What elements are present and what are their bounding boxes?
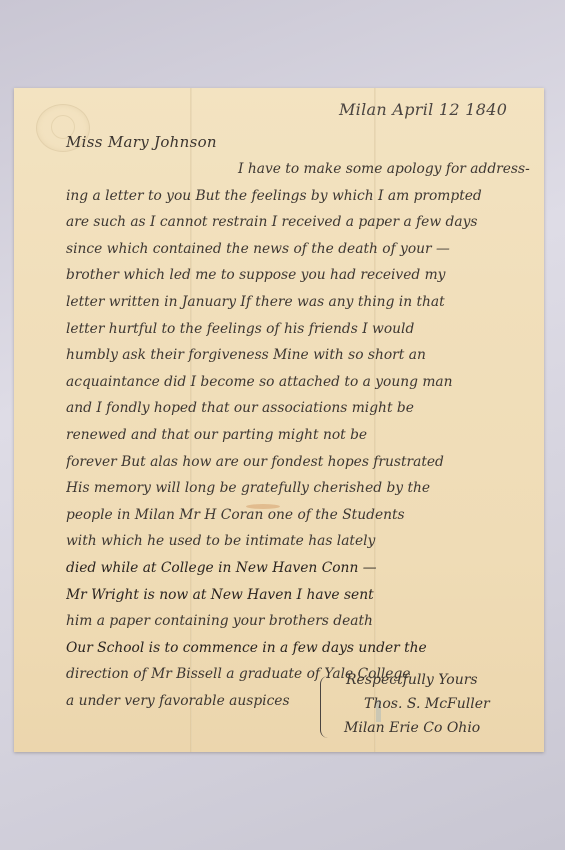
brace-mark-icon (320, 676, 331, 738)
body-line: His memory will long be gratefully cheri… (66, 475, 536, 502)
body-line: with which he used to be intimate has la… (66, 528, 536, 555)
body-line: since which contained the news of the de… (66, 236, 536, 263)
body-line: letter hurtful to the feelings of his fr… (66, 316, 536, 343)
valediction: Respectfully Yours (334, 668, 534, 692)
letter-paper: Milan April 12 1840 Miss Mary Johnson I … (14, 88, 544, 752)
body-line: him a paper containing your brothers dea… (66, 608, 536, 635)
body-line: Our School is to commence in a few days … (66, 635, 536, 662)
body-line: Mr Wright is now at New Haven I have sen… (66, 582, 536, 609)
body-line: I have to make some apology for address- (66, 156, 536, 183)
body-line: humbly ask their forgiveness Mine with s… (66, 342, 536, 369)
body-line: people in Milan Mr H Coran one of the St… (66, 502, 536, 529)
body-line: and I fondly hoped that our associations… (66, 395, 536, 422)
body-line: died while at College in New Haven Conn … (66, 555, 536, 582)
salutation: Miss Mary Johnson (66, 133, 217, 151)
place-date-line: Milan April 12 1840 (339, 100, 507, 119)
body-line: acquaintance did I become so attached to… (66, 369, 536, 396)
letter-body: I have to make some apology for address-… (66, 156, 536, 714)
body-line: brother which led me to suppose you had … (66, 262, 536, 289)
sender-location: Milan Erie Co Ohio (334, 716, 534, 740)
letter-closing: Respectfully Yours Thos. S. McFuller Mil… (334, 668, 534, 740)
body-line: are such as I cannot restrain I received… (66, 209, 536, 236)
body-line: renewed and that our parting might not b… (66, 422, 536, 449)
body-line: ing a letter to you But the feelings by … (66, 183, 536, 210)
signature: Thos. S. McFuller (334, 692, 534, 716)
body-line: letter written in January If there was a… (66, 289, 536, 316)
body-line: forever But alas how are our fondest hop… (66, 449, 536, 476)
